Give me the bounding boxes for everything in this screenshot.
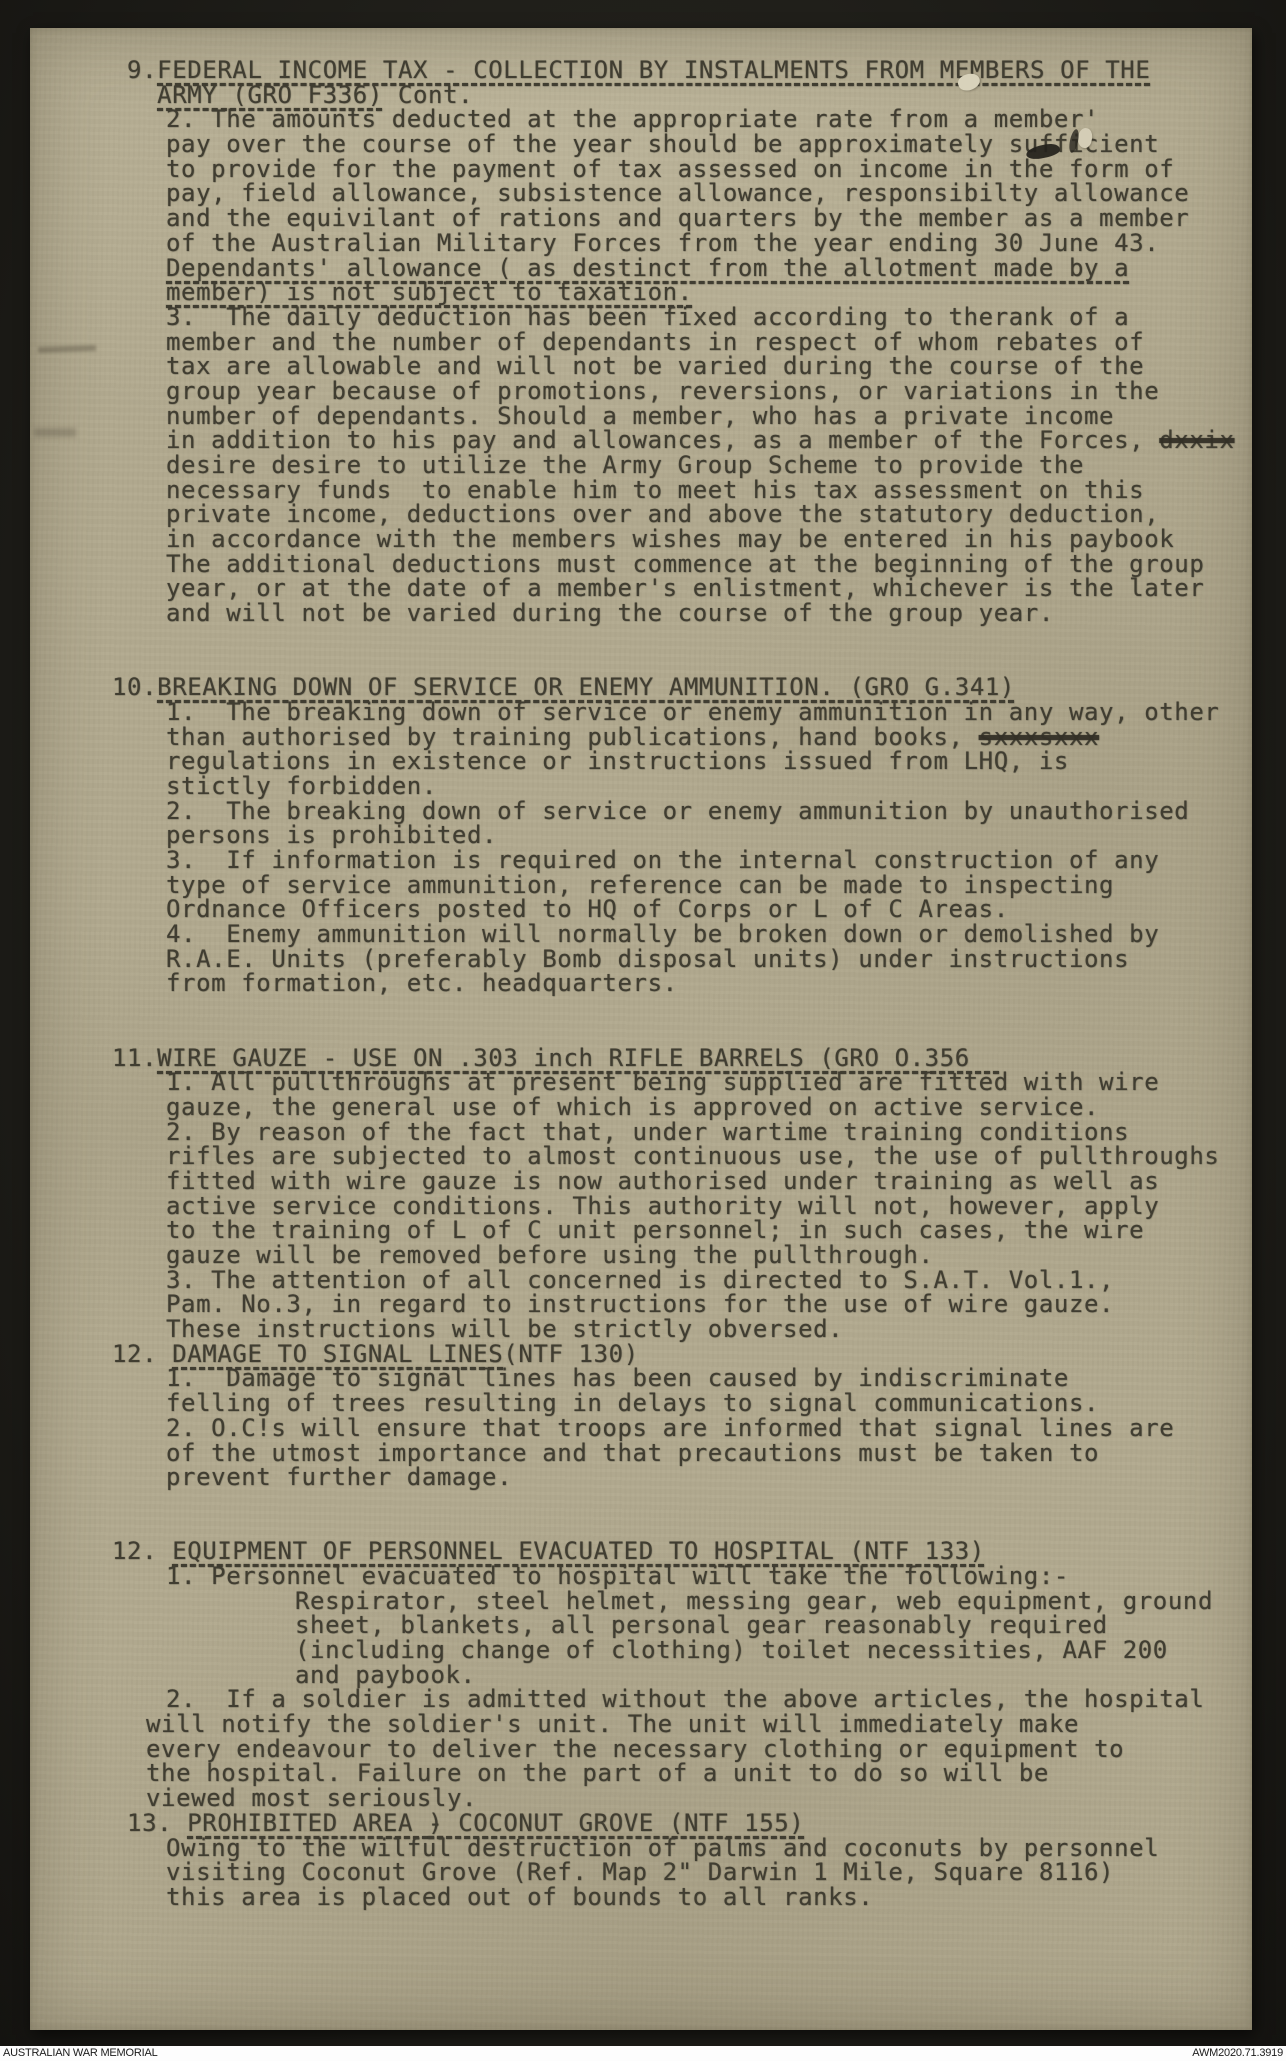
- section-9-heading: 9.FEDERAL INCOME TAX - COLLECTION BY INS…: [112, 58, 1248, 83]
- document-line: These instructions will be strictly obve…: [112, 1317, 1248, 1342]
- document-line: R.A.E. Units (preferably Bomb disposal u…: [112, 947, 1248, 972]
- document-line: 4. Enemy ammunition will normally be bro…: [112, 922, 1248, 947]
- document-line: than authorised by training publications…: [112, 725, 1248, 750]
- document-line: gauze, the general use of which is appro…: [112, 1095, 1248, 1120]
- document-line: persons is prohibited.: [112, 823, 1248, 848]
- text-segment: this area is placed out of bounds to all…: [166, 1883, 873, 1911]
- document-line: pay, field allowance, subsistence allowa…: [112, 181, 1248, 206]
- document-line: will notify the soldier's unit. The unit…: [112, 1712, 1248, 1737]
- section-11-heading: 11.WIRE GAUZE - USE ON .303 inch RIFLE B…: [112, 1046, 1248, 1071]
- document-line: desire desire to utilize the Army Group …: [112, 453, 1248, 478]
- document-line: and paybook.: [112, 1663, 1248, 1688]
- document-line: number of dependants. Should a member, w…: [112, 404, 1248, 429]
- document-line: 2. If a soldier is admitted without the …: [112, 1687, 1248, 1712]
- document-line: of the utmost importance and that precau…: [112, 1441, 1248, 1466]
- section-12-equipment-heading: 12. EQUIPMENT OF PERSONNEL EVACUATED TO …: [112, 1539, 1248, 1564]
- section-12-signal-heading: 12. DAMAGE TO SIGNAL LINES(NTF 130): [112, 1342, 1248, 1367]
- document-line: necessary funds to enable him to meet hi…: [112, 478, 1248, 503]
- text-segment: and will not be varied during the course…: [166, 599, 1054, 627]
- document-line: private income, deductions over and abov…: [112, 502, 1248, 527]
- text-segment: 12.: [112, 1340, 172, 1368]
- document-line: year, or at the date of a member's enlis…: [112, 576, 1248, 601]
- text-segment: from formation, etc. headquarters.: [166, 969, 678, 997]
- document-line: and will not be varied during the course…: [112, 601, 1248, 626]
- document-line: Dependants' allowance ( as destinct from…: [112, 256, 1248, 281]
- text-segment: 11.: [112, 1044, 157, 1072]
- document-line: prevent further damage.: [112, 1465, 1248, 1490]
- document-line: in accordance with the members wishes ma…: [112, 527, 1248, 552]
- document-line: 3. The daily deduction has been fixed ac…: [112, 305, 1248, 330]
- document-line: the hospital. Failure on the part of a u…: [112, 1761, 1248, 1786]
- document-line: member and the number of dependants in r…: [112, 330, 1248, 355]
- document-line: fitted with wire gauze is now authorised…: [112, 1169, 1248, 1194]
- document-line: The additional deductions must commence …: [112, 552, 1248, 577]
- margin-smudge: [38, 345, 96, 353]
- document-line: gauze will be removed before using the p…: [112, 1243, 1248, 1268]
- document-line: Owing to the wilful destruction of palms…: [112, 1836, 1248, 1861]
- document-line: and the equivilant of rations and quarte…: [112, 206, 1248, 231]
- document-line: 1. Personnel evacuated to hospital will …: [112, 1564, 1248, 1589]
- document-line: 2. The amounts deducted at the appropria…: [112, 107, 1248, 132]
- document-line: 1. All pullthroughs at present being sup…: [112, 1070, 1248, 1095]
- document-line: 1. The breaking down of service or enemy…: [112, 700, 1248, 725]
- section-13-heading: 13. PROHIBITED AREA -) COCONUT GROVE (NT…: [112, 1811, 1248, 1836]
- document-line: Ordnance Officers posted to HQ of Corps …: [112, 897, 1248, 922]
- document-line: sheet, blankets, all personal gear reaso…: [112, 1613, 1248, 1638]
- document-line: tax are allowable and will not be varied…: [112, 354, 1248, 379]
- document-line: 3. The attention of all concerned is dir…: [112, 1268, 1248, 1293]
- typewritten-text-block: 9.FEDERAL INCOME TAX - COLLECTION BY INS…: [112, 58, 1248, 1910]
- document-line: visiting Coconut Grove (Ref. Map 2" Darw…: [112, 1860, 1248, 1885]
- text-segment: prevent further damage.: [166, 1463, 512, 1491]
- document-line: stictly forbidden.: [112, 774, 1248, 799]
- text-segment: 12.: [112, 1537, 172, 1565]
- document-line: in addition to his pay and allowances, a…: [112, 428, 1248, 453]
- document-line: from formation, etc. headquarters.: [112, 971, 1248, 996]
- document-page: 9.FEDERAL INCOME TAX - COLLECTION BY INS…: [30, 28, 1252, 2030]
- document-line: 2. By reason of the fact that, under war…: [112, 1120, 1248, 1145]
- document-line: regulations in existence or instructions…: [112, 749, 1248, 774]
- document-line: 2. O.C!s will ensure that troops are inf…: [112, 1416, 1248, 1441]
- document-line: of the Australian Military Forces from t…: [112, 231, 1248, 256]
- document-line: to provide for the payment of tax assess…: [112, 157, 1248, 182]
- document-line: active service conditions. This authorit…: [112, 1194, 1248, 1219]
- document-line: Pam. No.3, in regard to instructions for…: [112, 1292, 1248, 1317]
- margin-smudge: [34, 428, 76, 437]
- document-line: 2. The breaking down of service or enemy…: [112, 799, 1248, 824]
- document-line: member) is not subject to taxation.: [112, 280, 1248, 305]
- document-line: Respirator, steel helmet, messing gear, …: [112, 1589, 1248, 1614]
- document-line: to the training of L of C unit personnel…: [112, 1218, 1248, 1243]
- text-segment: [112, 81, 157, 109]
- archive-reference-label: AWM2020.71.3919: [1192, 2046, 1283, 2061]
- document-line: felling of trees resulting in delays to …: [112, 1391, 1248, 1416]
- document-line: viewed most seriously.: [112, 1786, 1248, 1811]
- archive-name-label: AUSTRALIAN WAR MEMORIAL: [3, 2046, 158, 2061]
- document-line: this area is placed out of bounds to all…: [112, 1885, 1248, 1910]
- section-10-heading: 10.BREAKING DOWN OF SERVICE OR ENEMY AMM…: [112, 675, 1248, 700]
- document-line: rifles are subjected to almost continuou…: [112, 1144, 1248, 1169]
- document-line: every endeavour to deliver the necessary…: [112, 1737, 1248, 1762]
- document-line: group year because of promotions, revers…: [112, 379, 1248, 404]
- struck-out-text: dxxix: [1159, 426, 1234, 454]
- document-line: 1. Damage to signal lines has been cause…: [112, 1366, 1248, 1391]
- document-line: type of service ammunition, reference ca…: [112, 873, 1248, 898]
- document-line: (including change of clothing) toilet ne…: [112, 1638, 1248, 1663]
- archive-watermark-bar: AUSTRALIAN WAR MEMORIAL AWM2020.71.3919: [0, 2046, 1286, 2061]
- text-segment: 10.: [112, 673, 157, 701]
- section-9-heading: ARMY (GRO F336) Cont.: [112, 83, 1248, 108]
- document-line: 3. If information is required on the int…: [112, 848, 1248, 873]
